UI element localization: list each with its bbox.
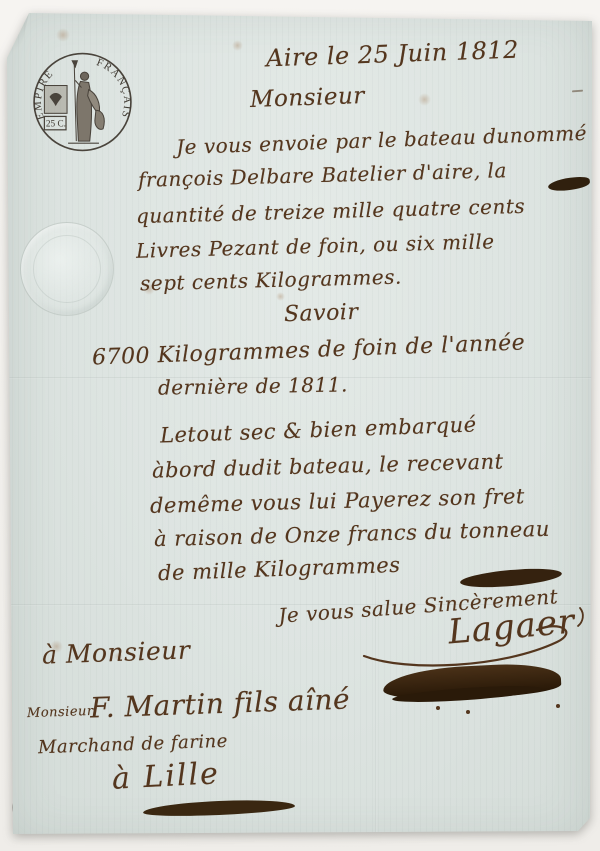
pen-dash	[572, 90, 583, 93]
quantity-line: 6700 Kilogrammes de foin de l'année	[92, 332, 526, 369]
address-to-line: à Monsieur	[42, 637, 191, 667]
foxing-spot	[276, 292, 285, 301]
savoir-heading: Savoir	[284, 302, 359, 327]
foxing-spot	[232, 40, 243, 51]
ink-stroke-line-end	[547, 175, 590, 192]
stamp-denomination-box: 25 C.	[44, 116, 66, 129]
paper-sheet-wrapper: EMPIRE FRANÇAIS	[0, 0, 600, 851]
body-line: dernière de 1811.	[158, 374, 348, 397]
foxing-spot	[56, 28, 70, 42]
body-line: Je vous envoie par le bateau dunommé	[176, 123, 588, 157]
address-prefix: Monsieur	[27, 705, 94, 720]
address-occupation: Marchand de farine	[38, 733, 228, 758]
body-line: quantité de treize mille quatre cents	[136, 196, 526, 226]
address-city: à Lille	[111, 759, 220, 795]
body-line: sept cents Kilogrammes.	[140, 267, 402, 294]
body-line: Letout sec & bien embarqué	[160, 414, 477, 446]
stamp-arc-right-text: FRANÇAIS	[95, 56, 134, 120]
salutation: Monsieur	[250, 85, 366, 112]
foxing-spot	[418, 93, 431, 106]
body-line: àbord dudit bateau, le recevant	[152, 451, 504, 481]
ink-dot	[556, 704, 560, 708]
stamp-denomination: 25 C.	[46, 120, 66, 130]
embossed-seal	[20, 222, 114, 316]
stamp-figure-allegory	[68, 61, 104, 143]
ink-dot	[436, 706, 440, 710]
ink-mark-left-edge	[0, 795, 13, 819]
embossed-seal-inner	[33, 235, 101, 303]
ink-underline-lille	[143, 798, 295, 819]
body-line: demême vous lui Payerez son fret	[150, 486, 525, 517]
date-line: Aire le 25 Juin 1812	[266, 38, 520, 71]
body-line: françois Delbare Batelier d'aire, la	[138, 160, 507, 190]
body-line: à raison de Onze francs du tonneau	[154, 519, 550, 550]
body-line: de mille Kilogrammes	[158, 555, 401, 584]
paper-sheet: EMPIRE FRANÇAIS	[0, 0, 600, 851]
body-line: Livres Pezant de foin, ou six mille	[136, 231, 495, 260]
stamp-eagle-tablet	[44, 86, 67, 114]
ink-dot	[466, 710, 470, 714]
empire-francais-revenue-stamp: EMPIRE FRANÇAIS	[31, 50, 134, 154]
address-name: F. Martin fils aîné	[90, 685, 351, 722]
photo-of-letter: EMPIRE FRANÇAIS	[0, 0, 600, 851]
